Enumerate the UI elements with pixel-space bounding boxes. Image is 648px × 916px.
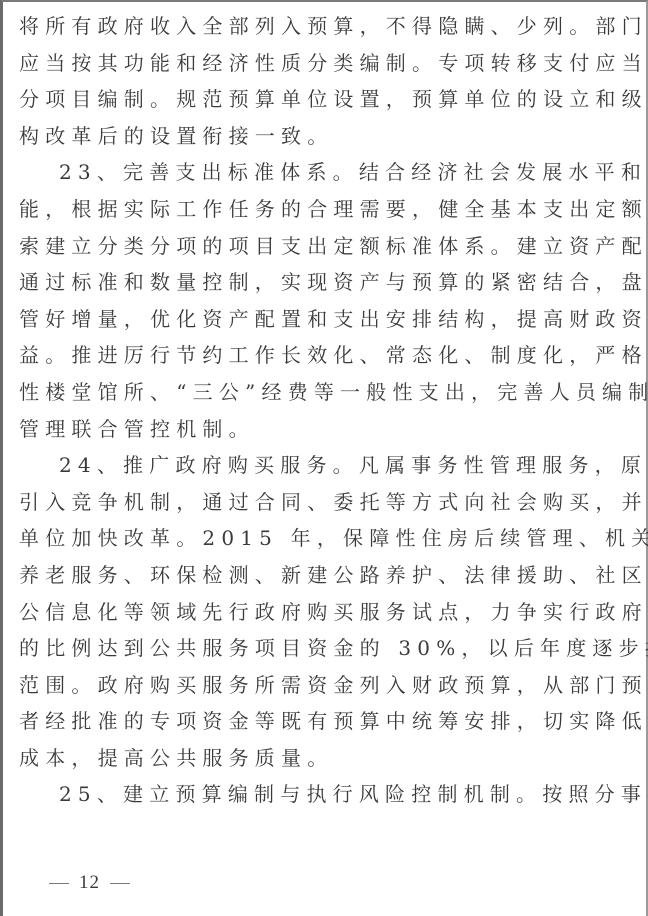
text-line: 管理联合管控机制。 [19, 411, 641, 448]
document-page: 将所有政府收入全部列入预算，不得隐瞒、少列。部门预算支出 应当按其功能和经济性质… [0, 0, 648, 916]
text-line: 应当按其功能和经济性质分类编制。专项转移支付应当分地区、 [19, 45, 641, 82]
text-line: 益。推进厉行节约工作长效化、常态化、制度化，严格控制政府 [19, 337, 641, 374]
text-line: 性楼堂馆所、“三公”经费等一般性支出，完善人员编制与经费 [19, 374, 641, 411]
text-line: 管好增量，优化资产配置和支出安排结构，提高财政资金使用效 [19, 301, 641, 338]
text-line: 范围。政府购买服务所需资金列入财政预算，从部门预算经费或 [19, 667, 641, 704]
text-line: 引入竞争机制，通过合同、委托等方式向社会购买，并推动事业 [19, 484, 641, 521]
text-line: 的比例达到公共服务项目资金的 30%，以后年度逐步扩大试点 [19, 630, 641, 667]
text-line: 将所有政府收入全部列入预算，不得隐瞒、少列。部门预算支出 [19, 8, 641, 45]
text-line: 25、建立预算编制与执行风险控制机制。按照分事行权、分 [19, 776, 641, 813]
text-line: 公信息化等领域先行政府购买服务试点，力争实行政府购买服务 [19, 594, 641, 631]
paragraph-23: 23、完善支出标准体系。结合经济社会发展水平和财力可 能，根据实际工作任务的合理… [19, 154, 641, 447]
text-line: 23、完善支出标准体系。结合经济社会发展水平和财力可 [19, 154, 641, 191]
text-line: 能，根据实际工作任务的合理需要，健全基本支出定额标准，探 [19, 191, 641, 228]
document-body: 将所有政府收入全部列入预算，不得隐瞒、少列。部门预算支出 应当按其功能和经济性质… [19, 8, 641, 813]
paragraph-24: 24、推广政府购买服务。凡属事务性管理服务，原则上都要 引入竞争机制，通过合同、… [19, 447, 641, 776]
text-line: 者经批准的专项资金等既有预算中统筹安排，切实降低公共服务 [19, 703, 641, 740]
text-line: 成本，提高公共服务质量。 [19, 740, 641, 777]
page-number-left-dash [49, 883, 69, 884]
text-line: 构改革后的设置衔接一致。 [19, 118, 641, 155]
text-line: 单位加快改革。2015 年，保障性住房后续管理、机关后勤服务、 [19, 520, 641, 557]
paragraph-25: 25、建立预算编制与执行风险控制机制。按照分事行权、分 [19, 776, 641, 813]
page-number-right-dash [110, 883, 130, 884]
page-number-value: 12 [79, 872, 100, 893]
text-line: 分项目编制。规范预算单位设置，预算单位的设立和级次要与机 [19, 81, 641, 118]
text-line: 养老服务、环保检测、新建公路养护、法律援助、社区矫正、办 [19, 557, 641, 594]
text-line: 通过标准和数量控制，实现资产与预算的紧密结合，盘活存量、 [19, 264, 641, 301]
page-number: 12 [39, 872, 140, 894]
paragraph-continued: 将所有政府收入全部列入预算，不得隐瞒、少列。部门预算支出 应当按其功能和经济性质… [19, 8, 641, 154]
text-line: 24、推广政府购买服务。凡属事务性管理服务，原则上都要 [19, 447, 641, 484]
text-line: 索建立分类分项的项目支出定额标准体系。建立资产配置标准， [19, 228, 641, 265]
